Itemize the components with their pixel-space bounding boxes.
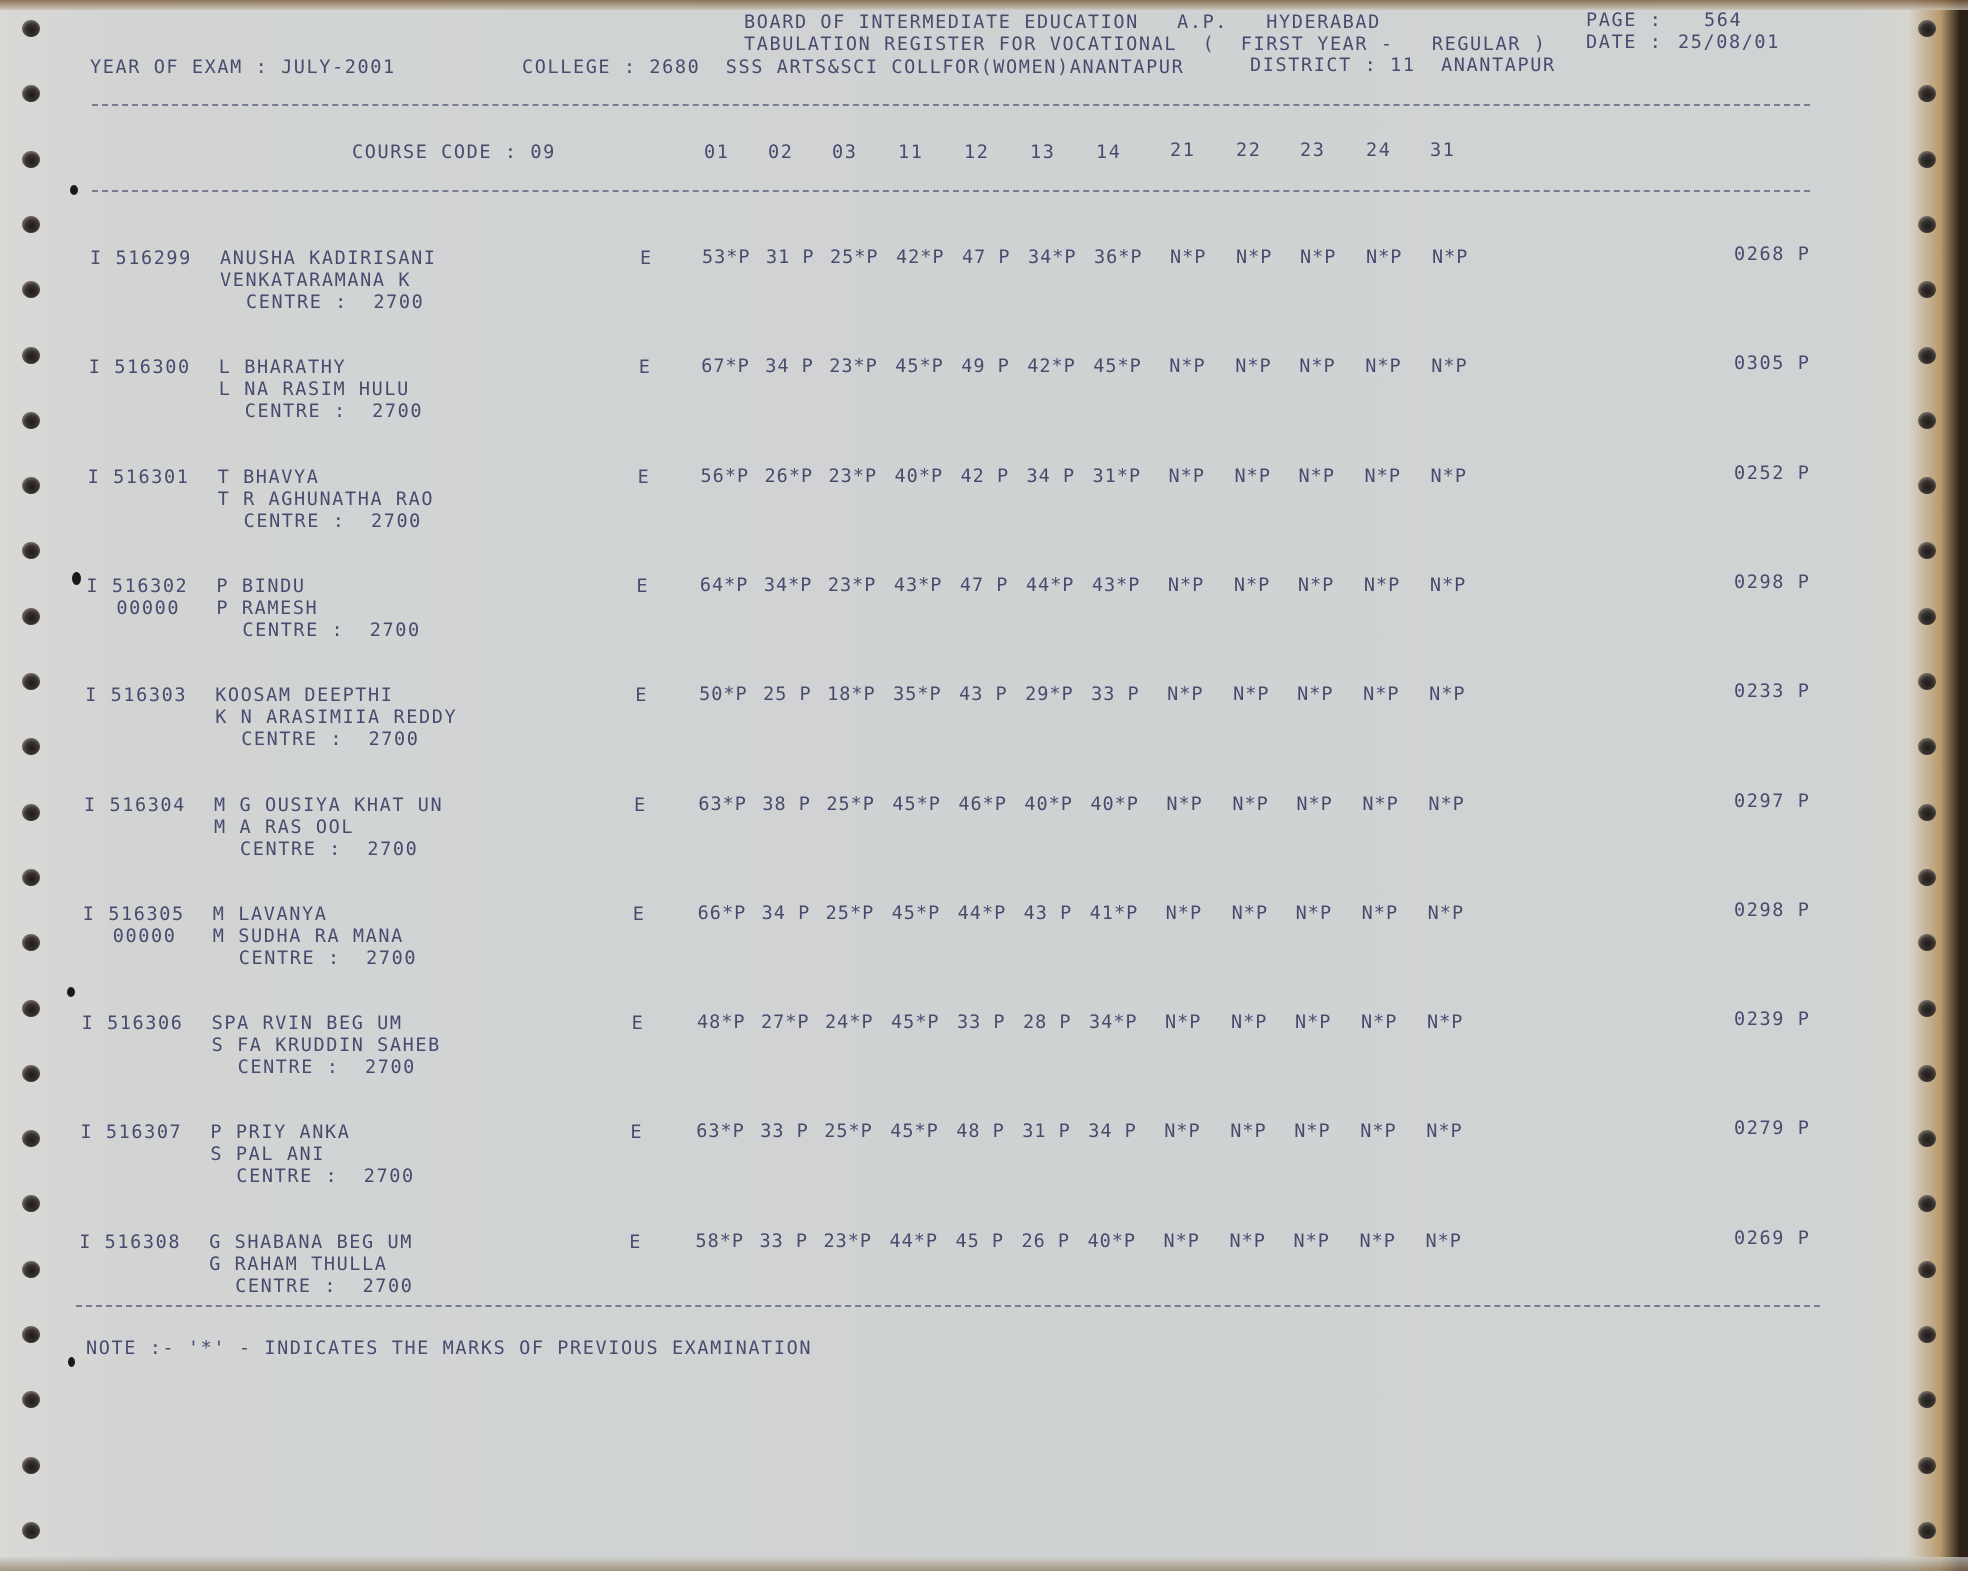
subject-mark: N*P (1233, 684, 1269, 705)
subject-mark: 45*P (890, 1121, 939, 1142)
subject-mark: 45*P (895, 356, 944, 377)
tractor-hole (22, 281, 40, 298)
subject-mark: 43*P (1092, 575, 1141, 596)
tractor-hole (1918, 1065, 1936, 1082)
subject-mark: N*P (1167, 684, 1203, 705)
subject-mark: 34 P (1027, 466, 1076, 487)
student-name: T BHAVYA (218, 467, 320, 489)
subject-mark: 31 P (1022, 1121, 1071, 1142)
subject-mark: N*P (1360, 1121, 1396, 1142)
subject-mark: N*P (1297, 684, 1333, 705)
centre-code: CENTRE : 2700 (241, 729, 419, 751)
board-title: BOARD OF INTERMEDIATE EDUCATION A.P. HYD… (744, 12, 1381, 34)
medium: E (630, 1122, 643, 1144)
tractor-hole (1918, 1261, 1936, 1278)
subject-mark: 67*P (701, 356, 750, 377)
tractor-hole (1918, 1391, 1936, 1408)
paper-edge-stain (0, 1557, 1968, 1571)
subject-mark: 43 P (959, 684, 1008, 705)
subject-mark: 63*P (698, 794, 747, 815)
subject-mark: 45*P (892, 903, 941, 924)
subject-mark: N*P (1298, 575, 1334, 596)
subject-mark: 23*P (829, 356, 878, 377)
subject-mark: N*P (1431, 466, 1467, 487)
total-result: 0298 P (1734, 900, 1810, 922)
medium: E (636, 576, 649, 598)
subject-code: 03 (832, 142, 857, 164)
subject-mark: 23*P (824, 1231, 873, 1252)
tractor-hole (1918, 934, 1936, 951)
tractor-hole (22, 216, 40, 233)
total-result: 0269 P (1734, 1228, 1810, 1250)
subject-mark: N*P (1428, 903, 1464, 924)
subject-mark: 42*P (896, 247, 945, 268)
subject-mark: N*P (1362, 794, 1398, 815)
total-result: 0305 P (1734, 353, 1810, 375)
right-tractor-holes (1918, 0, 1942, 1571)
tractor-hole (1918, 20, 1936, 37)
divider (76, 1305, 1820, 1307)
student-name: P BINDU (216, 576, 305, 598)
divider (92, 190, 1810, 192)
subject-code: 24 (1366, 140, 1391, 162)
tractor-hole (1918, 1000, 1936, 1017)
subject-mark: N*P (1361, 1012, 1397, 1033)
tractor-hole (22, 738, 40, 755)
subject-mark: 25*P (824, 1121, 873, 1142)
total-result: 0233 P (1734, 681, 1810, 703)
subject-mark: N*P (1296, 903, 1332, 924)
subject-mark: N*P (1169, 356, 1205, 377)
subject-mark: N*P (1432, 247, 1468, 268)
printout-sheet: BOARD OF INTERMEDIATE EDUCATION A.P. HYD… (0, 0, 1968, 1571)
page-label: PAGE : (1586, 10, 1662, 32)
subject-mark: 28 P (1023, 1012, 1072, 1033)
medium: E (640, 248, 653, 270)
subject-mark: 49 P (961, 356, 1010, 377)
hall-ticket-number: I 516303 (85, 685, 187, 707)
tractor-hole (22, 869, 40, 886)
tractor-hole (1918, 151, 1936, 168)
subject-mark: N*P (1295, 1012, 1331, 1033)
tractor-hole (1918, 1457, 1936, 1474)
subject-mark: N*P (1428, 794, 1464, 815)
subject-mark: N*P (1165, 1012, 1201, 1033)
subject-mark: N*P (1235, 466, 1271, 487)
subject-mark: 40*P (1090, 794, 1139, 815)
centre-code: CENTRE : 2700 (239, 948, 417, 970)
tractor-hole (1918, 477, 1936, 494)
subject-mark: N*P (1166, 794, 1202, 815)
centre-code: CENTRE : 2700 (242, 620, 420, 642)
hall-ticket-number: I 516306 (82, 1013, 184, 1035)
tractor-hole (1918, 869, 1936, 886)
subject-mark: N*P (1364, 575, 1400, 596)
subject-mark: 43*P (894, 575, 943, 596)
father-name: K N ARASIMIIA REDDY (215, 707, 457, 729)
date-label: DATE : (1586, 32, 1662, 54)
subject-code: 22 (1236, 140, 1261, 162)
subject-mark: 47 P (960, 575, 1009, 596)
subject-code: 14 (1096, 142, 1121, 164)
subject-mark: 41*P (1090, 903, 1139, 924)
subject-mark: N*P (1169, 466, 1205, 487)
subject-mark: 34*P (764, 575, 813, 596)
ink-spot (72, 572, 81, 585)
subject-mark: 27*P (761, 1012, 810, 1033)
subject-mark: 33 P (957, 1012, 1006, 1033)
student-name: M G OUSIYA KHAT UN (214, 795, 443, 817)
subject-mark: 31 P (766, 247, 815, 268)
total-result: 0279 P (1734, 1118, 1810, 1140)
medium: E (632, 1013, 645, 1035)
subject-mark: 48 P (956, 1121, 1005, 1142)
tractor-hole (1918, 1326, 1936, 1343)
student-name: KOOSAM DEEPTHI (215, 685, 393, 707)
paper-edge-stain (0, 0, 1968, 10)
subject-mark: N*P (1429, 684, 1465, 705)
subject-mark: N*P (1431, 356, 1467, 377)
subject-mark: 25*P (826, 794, 875, 815)
subject-mark: 34 P (1088, 1121, 1137, 1142)
subject-mark: 40*P (1088, 1231, 1137, 1252)
tractor-hole (22, 1130, 40, 1147)
subject-mark: N*P (1365, 466, 1401, 487)
tractor-hole (22, 934, 40, 951)
subject-mark: 26*P (765, 466, 814, 487)
subject-mark: N*P (1426, 1231, 1462, 1252)
left-tractor-holes (22, 0, 46, 1571)
tractor-hole (1918, 804, 1936, 821)
subject-mark: N*P (1426, 1121, 1462, 1142)
medium: E (635, 685, 648, 707)
centre-code: CENTRE : 2700 (245, 401, 423, 423)
subject-mark: 45*P (892, 794, 941, 815)
subject-mark: 23*P (828, 575, 877, 596)
footnote: NOTE :- '*' - INDICATES THE MARKS OF PRE… (86, 1338, 812, 1360)
tractor-hole (1918, 216, 1936, 233)
subject-code: 31 (1430, 140, 1455, 162)
subject-code: 12 (964, 142, 989, 164)
father-name: VENKATARAMANA K (220, 270, 411, 292)
subject-mark: 18*P (827, 684, 876, 705)
tractor-hole (22, 1326, 40, 1343)
subject-mark: N*P (1360, 1231, 1396, 1252)
tractor-hole (1918, 608, 1936, 625)
hall-ticket-number: I 516308 (79, 1232, 181, 1254)
subject-mark: N*P (1164, 1121, 1200, 1142)
tractor-hole (22, 1195, 40, 1212)
sub-id: 00000 (116, 598, 180, 620)
subject-mark: N*P (1235, 356, 1271, 377)
hall-ticket-number: I 516305 (83, 904, 185, 926)
subject-mark: 34 P (765, 356, 814, 377)
divider (92, 104, 1810, 106)
subject-mark: 26 P (1022, 1231, 1071, 1252)
medium: E (639, 357, 652, 379)
ink-spot (67, 987, 75, 997)
tractor-hole (22, 673, 40, 690)
tractor-hole (1918, 347, 1936, 364)
subject-mark: 38 P (762, 794, 811, 815)
tractor-hole (22, 20, 40, 37)
year-of-exam: YEAR OF EXAM : JULY-2001 (90, 57, 396, 79)
ink-spot (70, 185, 78, 195)
subject-mark: 66*P (698, 903, 747, 924)
subject-mark: N*P (1299, 356, 1335, 377)
subject-mark: 45 P (956, 1231, 1005, 1252)
tractor-hole (22, 608, 40, 625)
centre-code: CENTRE : 2700 (240, 839, 418, 861)
subject-mark: 58*P (696, 1231, 745, 1252)
tractor-hole (22, 85, 40, 102)
subject-mark: 44*P (1026, 575, 1075, 596)
tractor-hole (22, 1000, 40, 1017)
subject-mark: N*P (1427, 1012, 1463, 1033)
tractor-hole (1918, 281, 1936, 298)
subject-code: 23 (1300, 140, 1325, 162)
subject-code: 11 (898, 142, 923, 164)
total-result: 0298 P (1734, 572, 1810, 594)
subject-mark: 40*P (1024, 794, 1073, 815)
tractor-hole (22, 1391, 40, 1408)
hall-ticket-number: I 516300 (89, 357, 191, 379)
college-info: COLLEGE : 2680 SSS ARTS&SCI COLLFOR(WOME… (522, 57, 1184, 79)
subject-mark: 56*P (701, 466, 750, 487)
medium: E (633, 904, 646, 926)
ink-spot (68, 1357, 75, 1367)
subject-mark: N*P (1366, 247, 1402, 268)
tractor-hole (1918, 85, 1936, 102)
medium: E (634, 795, 647, 817)
course-code: COURSE CODE : 09 (352, 142, 556, 164)
subject-mark: N*P (1232, 794, 1268, 815)
subject-mark: N*P (1231, 1012, 1267, 1033)
subject-mark: 47 P (962, 247, 1011, 268)
subject-code: 01 (704, 142, 729, 164)
subject-mark: 34*P (1028, 247, 1077, 268)
subject-mark: 25*P (830, 247, 879, 268)
medium: E (629, 1232, 642, 1254)
subject-mark: N*P (1294, 1231, 1330, 1252)
subject-mark: 40*P (895, 466, 944, 487)
subject-mark: 35*P (893, 684, 942, 705)
student-name: SPA RVIN BEG UM (212, 1013, 403, 1035)
subject-mark: 44*P (958, 903, 1007, 924)
student-name: G SHABANA BEG UM (209, 1232, 413, 1254)
subject-mark: 25*P (826, 903, 875, 924)
tractor-hole (22, 412, 40, 429)
subject-mark: 34 P (762, 903, 811, 924)
total-result: 0239 P (1734, 1009, 1810, 1031)
subject-mark: N*P (1234, 575, 1270, 596)
father-name: L NA RASIM HULU (219, 379, 410, 401)
hall-ticket-number: I 516299 (90, 248, 192, 270)
subject-mark: 25 P (763, 684, 812, 705)
subject-mark: 23*P (829, 466, 878, 487)
student-name: L BHARATHY (219, 357, 346, 379)
tractor-hole (1918, 1130, 1936, 1147)
total-result: 0268 P (1734, 244, 1810, 266)
tractor-hole (22, 151, 40, 168)
subject-mark: 33 P (1091, 684, 1140, 705)
tractor-hole (1918, 412, 1936, 429)
subject-code: 13 (1030, 142, 1055, 164)
tractor-hole (1918, 673, 1936, 690)
tractor-hole (1918, 542, 1936, 559)
subject-mark: 64*P (700, 575, 749, 596)
subject-mark: N*P (1296, 794, 1332, 815)
sub-id: 00000 (113, 926, 177, 948)
student-name: P PRIY ANKA (210, 1122, 350, 1144)
hall-ticket-number: I 516302 (86, 576, 188, 598)
subject-mark: 42 P (961, 466, 1010, 487)
subject-mark: 50*P (699, 684, 748, 705)
hall-ticket-number: I 516301 (88, 467, 190, 489)
father-name: M A RAS OOL (214, 817, 354, 839)
centre-code: CENTRE : 2700 (238, 1057, 416, 1079)
centre-code: CENTRE : 2700 (244, 511, 422, 533)
centre-code: CENTRE : 2700 (235, 1276, 413, 1298)
tractor-hole (22, 1522, 40, 1539)
subject-mark: 29*P (1025, 684, 1074, 705)
subject-mark: 45*P (891, 1012, 940, 1033)
medium: E (638, 467, 651, 489)
district-info: DISTRICT : 11 ANANTAPUR (1250, 55, 1556, 77)
subject-mark: 31*P (1093, 466, 1142, 487)
subject-mark: N*P (1230, 1231, 1266, 1252)
subject-mark: N*P (1170, 247, 1206, 268)
subject-mark: N*P (1365, 356, 1401, 377)
subject-mark: N*P (1164, 1231, 1200, 1252)
subject-mark: N*P (1294, 1121, 1330, 1142)
subject-mark: 42*P (1027, 356, 1076, 377)
subject-mark: 43 P (1024, 903, 1073, 924)
student-name: M LAVANYA (213, 904, 328, 926)
father-name: G RAHAM THULLA (209, 1254, 387, 1276)
centre-code: CENTRE : 2700 (246, 292, 424, 314)
subject-mark: 53*P (702, 247, 751, 268)
tractor-hole (22, 542, 40, 559)
subject-mark: 34*P (1089, 1012, 1138, 1033)
tractor-hole (1918, 738, 1936, 755)
page-number: 564 (1704, 10, 1742, 32)
subject-mark: N*P (1362, 903, 1398, 924)
tractor-hole (22, 1457, 40, 1474)
subject-mark: N*P (1166, 903, 1202, 924)
subject-mark: 24*P (825, 1012, 874, 1033)
total-result: 0252 P (1734, 463, 1810, 485)
father-name: P RAMESH (216, 598, 318, 620)
father-name: S FA KRUDDIN SAHEB (212, 1035, 441, 1057)
hall-ticket-number: I 516304 (84, 795, 186, 817)
subject-mark: 36*P (1094, 247, 1143, 268)
tractor-hole (22, 1261, 40, 1278)
subject-mark: 33 P (760, 1231, 809, 1252)
subject-mark: N*P (1230, 1121, 1266, 1142)
father-name: M SUDHA RA MANA (213, 926, 404, 948)
hall-ticket-number: I 516307 (80, 1122, 182, 1144)
tractor-hole (22, 347, 40, 364)
register-title: TABULATION REGISTER FOR VOCATIONAL ( FIR… (744, 34, 1547, 56)
subject-mark: 63*P (696, 1121, 745, 1142)
subject-mark: 45*P (1093, 356, 1142, 377)
tractor-hole (22, 477, 40, 494)
tractor-hole (1918, 1195, 1936, 1212)
centre-code: CENTRE : 2700 (236, 1166, 414, 1188)
subject-mark: N*P (1363, 684, 1399, 705)
subject-mark: 44*P (890, 1231, 939, 1252)
total-result: 0297 P (1734, 791, 1810, 813)
tractor-hole (22, 804, 40, 821)
tractor-hole (22, 1065, 40, 1082)
subject-mark: N*P (1236, 247, 1272, 268)
subject-mark: 48*P (697, 1012, 746, 1033)
subject-mark: N*P (1168, 575, 1204, 596)
subject-mark: N*P (1430, 575, 1466, 596)
date-value: 25/08/01 (1678, 32, 1780, 54)
subject-code: 21 (1170, 140, 1195, 162)
subject-mark: 46*P (958, 794, 1007, 815)
tractor-hole (1918, 1522, 1936, 1539)
subject-mark: N*P (1300, 247, 1336, 268)
subject-mark: N*P (1299, 466, 1335, 487)
subject-mark: N*P (1232, 903, 1268, 924)
student-name: ANUSHA KADIRISANI (220, 248, 437, 270)
father-name: S PAL ANI (210, 1144, 325, 1166)
subject-mark: 33 P (760, 1121, 809, 1142)
subject-code: 02 (768, 142, 793, 164)
father-name: T R AGHUNATHA RAO (218, 489, 435, 511)
